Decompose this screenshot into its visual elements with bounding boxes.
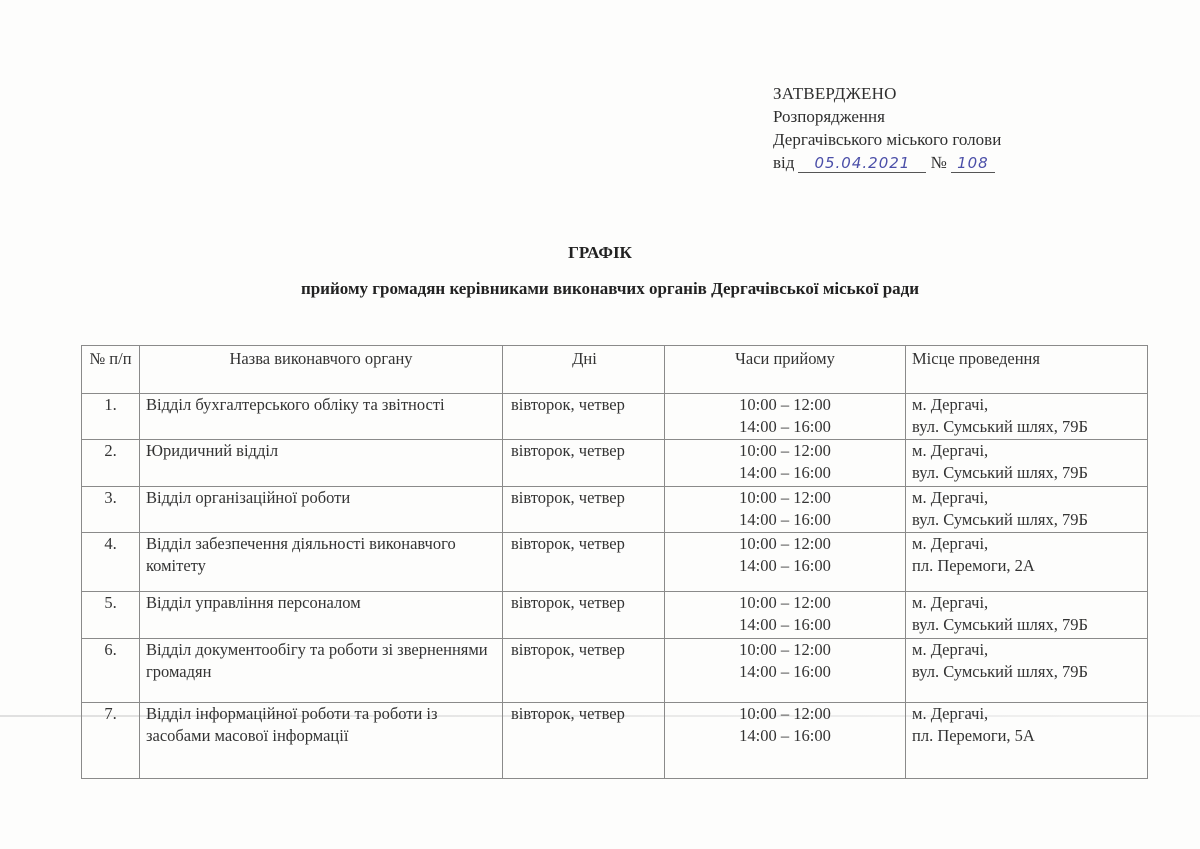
table-row: 1.Відділ бухгалтерського обліку та звітн… xyxy=(82,394,1148,440)
reception-place: м. Дергачі,пл. Перемоги, 5А xyxy=(906,703,1148,779)
department-name: Відділ забезпечення діяльності виконавчо… xyxy=(140,533,503,592)
handwritten-date: 05.04.2021 xyxy=(798,154,926,173)
reception-hours: 10:00 – 12:0014:00 – 16:00 xyxy=(665,592,906,639)
header-days: Дні xyxy=(503,346,665,394)
header-place: Місце проведення xyxy=(906,346,1148,394)
place-city: м. Дергачі, xyxy=(912,639,1141,661)
row-number: 1. xyxy=(82,394,140,440)
row-number: 4. xyxy=(82,533,140,592)
hours-morning: 10:00 – 12:00 xyxy=(671,394,899,416)
document-subtitle: прийому громадян керівниками виконавчих … xyxy=(0,279,1200,299)
hours-afternoon: 14:00 – 16:00 xyxy=(671,509,899,531)
table-row: 7.Відділ інформаційної роботи та роботи … xyxy=(82,703,1148,779)
reception-days: вівторок, четвер xyxy=(503,592,665,639)
row-number: 5. xyxy=(82,592,140,639)
date-prefix: від xyxy=(773,153,794,172)
place-city: м. Дергачі, xyxy=(912,440,1141,462)
header-number: № п/п xyxy=(82,346,140,394)
reception-hours: 10:00 – 12:0014:00 – 16:00 xyxy=(665,394,906,440)
reception-place: м. Дергачі,вул. Сумський шлях, 79Б xyxy=(906,592,1148,639)
reception-hours: 10:00 – 12:0014:00 – 16:00 xyxy=(665,487,906,533)
department-name: Відділ організаційної роботи xyxy=(140,487,503,533)
hours-afternoon: 14:00 – 16:00 xyxy=(671,462,899,484)
reception-hours: 10:00 – 12:0014:00 – 16:00 xyxy=(665,533,906,592)
reception-place: м. Дергачі,вул. Сумський шлях, 79Б xyxy=(906,440,1148,487)
department-name: Відділ бухгалтерського обліку та звітнос… xyxy=(140,394,503,440)
place-city: м. Дергачі, xyxy=(912,487,1141,509)
reception-days: вівторок, четвер xyxy=(503,639,665,703)
department-name: Відділ документообігу та роботи зі зверн… xyxy=(140,639,503,703)
handwritten-number: 108 xyxy=(951,154,995,173)
row-number: 6. xyxy=(82,639,140,703)
approval-stamp: ЗАТВЕРДЖЕНО Розпорядження Дергачівського… xyxy=(773,82,1001,174)
document-title: ГРАФІК xyxy=(0,243,1200,263)
reception-days: вівторок, четвер xyxy=(503,487,665,533)
row-number: 7. xyxy=(82,703,140,779)
department-name: Відділ управління персоналом xyxy=(140,592,503,639)
table-row: 4.Відділ забезпечення діяльності виконав… xyxy=(82,533,1148,592)
department-name: Юридичний відділ xyxy=(140,440,503,487)
hours-afternoon: 14:00 – 16:00 xyxy=(671,416,899,438)
table-row: 3.Відділ організаційної роботивівторок, … xyxy=(82,487,1148,533)
hours-morning: 10:00 – 12:00 xyxy=(671,592,899,614)
reception-place: м. Дергачі,вул. Сумський шлях, 79Б xyxy=(906,487,1148,533)
hours-morning: 10:00 – 12:00 xyxy=(671,487,899,509)
row-number: 2. xyxy=(82,440,140,487)
place-address: пл. Перемоги, 5А xyxy=(912,725,1141,747)
approval-title: ЗАТВЕРДЖЕНО xyxy=(773,82,1001,105)
place-address: вул. Сумський шлях, 79Б xyxy=(912,661,1141,683)
place-address: вул. Сумський шлях, 79Б xyxy=(912,509,1141,531)
header-hours: Часи прийому xyxy=(665,346,906,394)
reception-hours: 10:00 – 12:0014:00 – 16:00 xyxy=(665,639,906,703)
reception-schedule-table: № п/п Назва виконавчого органу Дні Часи … xyxy=(81,345,1148,779)
header-name: Назва виконавчого органу xyxy=(140,346,503,394)
hours-afternoon: 14:00 – 16:00 xyxy=(671,725,899,747)
hours-afternoon: 14:00 – 16:00 xyxy=(671,555,899,577)
reception-days: вівторок, четвер xyxy=(503,703,665,779)
approval-date-line: від05.04.2021 №108 xyxy=(773,151,1001,174)
place-city: м. Дергачі, xyxy=(912,533,1141,555)
hours-afternoon: 14:00 – 16:00 xyxy=(671,661,899,683)
place-city: м. Дергачі, xyxy=(912,703,1141,725)
place-address: вул. Сумський шлях, 79Б xyxy=(912,416,1141,438)
reception-place: м. Дергачі,вул. Сумський шлях, 79Б xyxy=(906,394,1148,440)
hours-morning: 10:00 – 12:00 xyxy=(671,703,899,725)
table-row: 2.Юридичний відділвівторок, четвер10:00 … xyxy=(82,440,1148,487)
place-address: вул. Сумський шлях, 79Б xyxy=(912,462,1141,484)
reception-days: вівторок, четвер xyxy=(503,533,665,592)
department-name: Відділ інформаційної роботи та роботи із… xyxy=(140,703,503,779)
place-city: м. Дергачі, xyxy=(912,592,1141,614)
place-city: м. Дергачі, xyxy=(912,394,1141,416)
reception-hours: 10:00 – 12:0014:00 – 16:00 xyxy=(665,440,906,487)
place-address: пл. Перемоги, 2А xyxy=(912,555,1141,577)
reception-hours: 10:00 – 12:0014:00 – 16:00 xyxy=(665,703,906,779)
reception-days: вівторок, четвер xyxy=(503,394,665,440)
reception-days: вівторок, четвер xyxy=(503,440,665,487)
reception-place: м. Дергачі,вул. Сумський шлях, 79Б xyxy=(906,639,1148,703)
hours-morning: 10:00 – 12:00 xyxy=(671,533,899,555)
approval-line-mayor: Дергачівського міського голови xyxy=(773,128,1001,151)
hours-morning: 10:00 – 12:00 xyxy=(671,440,899,462)
table-header-row: № п/п Назва виконавчого органу Дні Часи … xyxy=(82,346,1148,394)
hours-afternoon: 14:00 – 16:00 xyxy=(671,614,899,636)
number-prefix: № xyxy=(931,153,947,172)
reception-place: м. Дергачі,пл. Перемоги, 2А xyxy=(906,533,1148,592)
approval-line-order: Розпорядження xyxy=(773,105,1001,128)
place-address: вул. Сумський шлях, 79Б xyxy=(912,614,1141,636)
table-row: 5.Відділ управління персоналомвівторок, … xyxy=(82,592,1148,639)
table-row: 6.Відділ документообігу та роботи зі зве… xyxy=(82,639,1148,703)
hours-morning: 10:00 – 12:00 xyxy=(671,639,899,661)
row-number: 3. xyxy=(82,487,140,533)
